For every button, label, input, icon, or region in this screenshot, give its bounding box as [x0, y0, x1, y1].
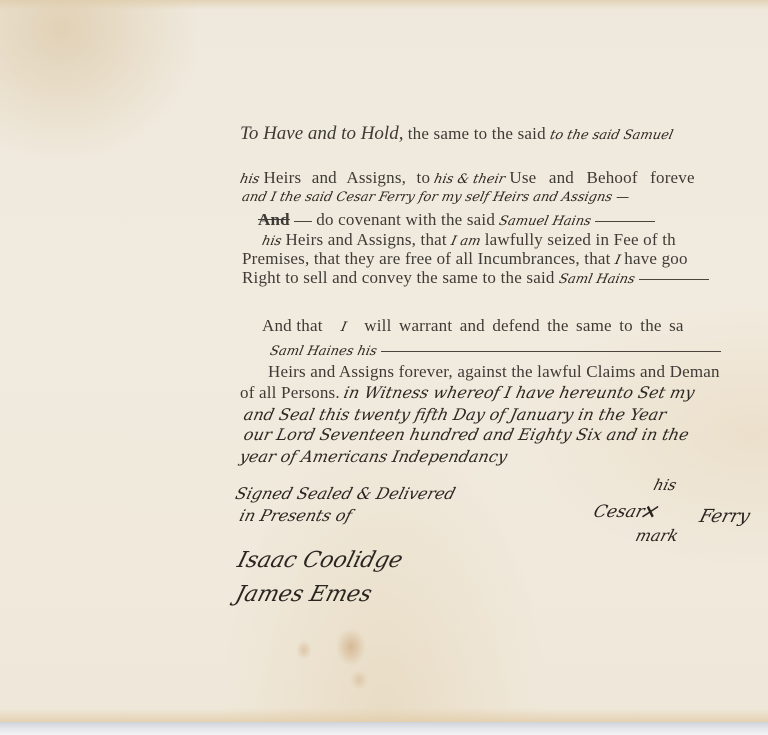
foxing-stain	[336, 628, 366, 666]
foxing-stain-small	[296, 640, 312, 660]
foxing-stain-lower	[350, 670, 368, 690]
deed-line-11: of all Persons. in Witness whereof I hav…	[240, 383, 694, 403]
paper-bottom-edge	[0, 708, 768, 722]
deed-line-9-handwritten: Saml Haines his	[270, 340, 721, 362]
deed-line-10: Heirs and Assigns forever, against the l…	[268, 362, 720, 382]
witness-clause-2: and Seal this twenty fifth Day of Januar…	[244, 405, 666, 425]
witness-signature-isaac-coolidge: Isaac Coolidge	[235, 548, 406, 573]
deed-line-7: Right to sell and convey the same to the…	[242, 268, 709, 290]
grantee-fill: to the said Samuel	[548, 126, 675, 146]
grantor-his: his	[652, 476, 679, 494]
deed-page: To Have and to Hold, the same to the sai…	[0, 0, 768, 722]
grantor-last-name: Ferry	[697, 506, 752, 527]
attestation-line-2: in Presents of	[237, 506, 354, 525]
deed-line-1: To Have and to Hold, the same to the sai…	[240, 124, 673, 146]
habendum-heading: To Have and to Hold,	[240, 123, 403, 144]
attestation-line-1: Signed Sealed & Delivered	[233, 484, 457, 503]
grantor-mark-label: mark	[633, 526, 680, 545]
background-surface	[0, 722, 768, 735]
paper-top-edge	[0, 0, 768, 10]
witness-clause-3: our Lord Seventeen hundred and Eighty Si…	[244, 425, 689, 445]
deed-line-4: And do covenant with the said Samuel Hai…	[258, 210, 655, 232]
deed-line-3-handwritten: and I the said Cesar Ferry for my self H…	[242, 186, 629, 208]
deed-line-8: And that I will warrant and defend the s…	[262, 316, 684, 338]
witness-clause-4: year of Americans Independancy	[240, 447, 507, 467]
witness-signature-james-emes: James Emes	[233, 582, 375, 607]
